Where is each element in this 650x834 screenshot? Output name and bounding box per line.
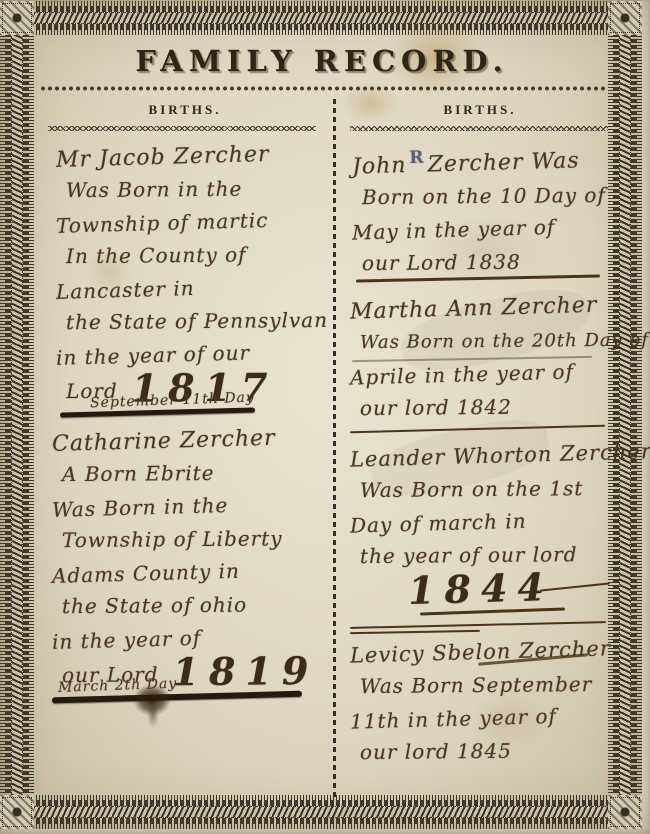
record-line: the State of Pennsylvan [66,304,334,339]
record-line: Was Born on the 1st [360,472,612,507]
record-line: Was Born in the [66,172,334,207]
record-line: Catharine Zercher [52,420,335,461]
inserted-initial: R [409,148,425,168]
record-line: 1844 [350,568,613,611]
birth-entry-leander-zercher: Leander Whorton Zercher Was Born on the … [350,440,612,608]
border-corner-rosette [0,795,34,829]
record-line: Born on the 10 Day of [362,179,610,214]
record-line: Day of march in [350,502,613,542]
ornamental-border-bottom [0,795,642,829]
border-corner-rosette [0,1,34,35]
scan-edge [0,829,650,834]
record-line: Township of Liberty [62,522,334,557]
family-record-page: FAMILY RECORD. BIRTHS. BIRTHS. Mr Jacob … [0,0,650,834]
entry-separator-stroke [350,425,605,434]
record-line: Was Born in the [52,486,335,527]
record-line: Adams County in [52,552,335,593]
name-text: Zercher Was [427,148,580,177]
record-line: Leander Whorton Zercher [350,436,613,476]
record-line: Lancaster in [56,268,335,309]
birth-entry-jacob-zercher: Mr Jacob Zercher Was Born in the Townshi… [56,140,334,415]
border-fringe [0,24,642,35]
record-line: our lord 1845 [360,734,612,769]
entry-separator-stroke [350,621,606,629]
record-line: A Born Ebrite [62,456,334,491]
border-fringe [23,1,34,829]
zigzag-rule [48,126,316,131]
entry-separator-stroke [350,630,480,634]
name-text: John [352,153,407,180]
record-line: the State of ohio [62,588,334,623]
zigzag-rule [350,126,608,131]
record-line: Mr Jacob Zercher [56,136,335,177]
page-title: FAMILY RECORD. [40,44,604,78]
record-line: Township of martic [56,202,335,243]
record-line: In the County of [66,238,334,273]
border-ribbon [0,12,642,24]
ornamental-border-top [0,1,642,35]
border-fringe [0,1,642,12]
record-line: JohnRZercher Was [351,136,610,183]
border-ribbon [0,806,642,818]
border-corner-rosette [608,795,642,829]
record-line: our lord 1842 [360,390,610,425]
birth-entry-catharine-zercher: Catharine Zercher A Born Ebrite Was Born… [52,424,334,700]
ornamental-border-left [0,1,34,829]
beaded-rule [40,86,606,91]
record-line: 11th in the year of [350,698,613,738]
record-line: Was Born September [360,668,612,703]
ink-smear [147,702,159,728]
border-fringe [0,818,642,829]
border-fringe [0,1,11,829]
record-line: Levicy Sbelon Zercher [350,632,613,672]
scan-edge [642,0,650,834]
border-ribbon [11,1,23,829]
ornamental-border-right [608,1,642,829]
border-fringe [631,1,642,829]
record-line: May in the year of [352,209,611,249]
border-fringe [0,795,642,806]
border-corner-rosette [608,1,642,35]
birth-entry-john-zercher: JohnRZercher Was Born on the 10 Day of M… [352,140,610,279]
column-header-births-left: BIRTHS. [60,102,310,118]
birth-year: 1844 [407,564,554,613]
column-header-births-right: BIRTHS. [355,102,605,118]
record-line: Was Born on the 20th Day of [360,324,610,359]
border-ribbon [619,1,631,829]
record-line: Martha Ann Zercher [350,288,611,328]
